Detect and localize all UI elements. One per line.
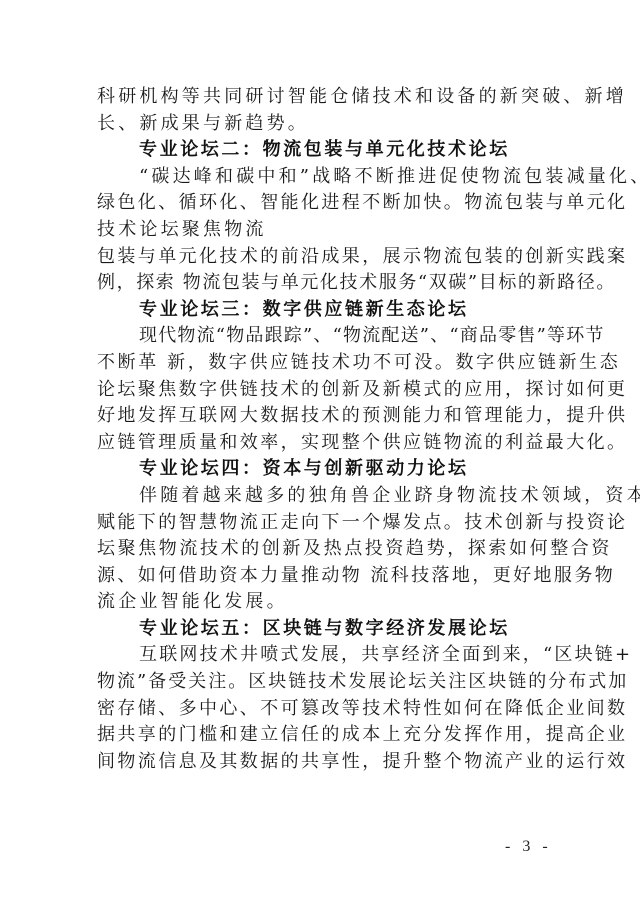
- text-line: 坛聚焦物流技术的创新及热点投资趋势，探索如何整合资: [97, 536, 547, 563]
- text-line: 伴随着越来越多的独角兽企业跻身物流技术领域，资本: [97, 483, 547, 510]
- text-line: 科研机构等共同研讨智能仓储技术和设备的新突破、新增: [97, 84, 547, 111]
- text-line: 绿色化、循环化、智能化进程不断加快。物流包装与单元化: [97, 190, 547, 217]
- text-line: “碳达峰和碳中和”战略不断推进促使物流包装减量化、: [97, 164, 547, 191]
- section-heading-forum-4: 专业论坛四：资本与创新驱动力论坛: [97, 456, 547, 483]
- text-line: 例，探索 物流包装与单元化技术服务“双碳”目标的新路径。: [97, 270, 547, 297]
- page-number: - 3 -: [505, 838, 552, 856]
- text-line: 互联网技术井喷式发展，共享经济全面到来，“区块链+: [97, 642, 547, 669]
- text-line: 应链管理质量和效率，实现整个供应链物流的利益最大化。: [97, 430, 547, 457]
- text-line: 据共享的门槛和建立信任的成本上充分发挥作用，提高企业: [97, 722, 547, 749]
- section-heading-forum-2: 专业论坛二：物流包装与单元化技术论坛: [97, 137, 547, 164]
- text-line: 物流”备受关注。区块链技术发展论坛关注区块链的分布式加: [97, 669, 547, 696]
- section-heading-forum-3: 专业论坛三：数字供应链新生态论坛: [97, 297, 547, 324]
- text-line: 赋能下的智慧物流正走向下一个爆发点。技术创新与投资论: [97, 510, 547, 537]
- text-line: 技术论坛聚焦物流: [97, 217, 547, 244]
- text-line: 包装与单元化技术的前沿成果，展示物流包装的创新实践案: [97, 244, 547, 271]
- text-line: 不断革 新，数字供应链技术功不可没。数字供应链新生态: [97, 350, 547, 377]
- section-heading-forum-5: 专业论坛五：区块链与数字经济发展论坛: [97, 616, 547, 643]
- text-line: 密存储、多中心、不可篡改等技术特性如何在降低企业间数: [97, 696, 547, 723]
- text-line: 论坛聚焦数字供链技术的创新及新模式的应用，探讨如何更: [97, 377, 547, 404]
- text-line: 源、如何借助资本力量推动物 流科技落地，更好地服务物: [97, 563, 547, 590]
- text-line: 长、新成果与新趋势。: [97, 111, 547, 138]
- text-line: 好地发挥互联网大数据技术的预测能力和管理能力，提升供: [97, 403, 547, 430]
- text-line: 流企业智能化发展。: [97, 589, 547, 616]
- document-page: 科研机构等共同研讨智能仓储技术和设备的新突破、新增 长、新成果与新趋势。 专业论…: [97, 84, 547, 775]
- text-line: 间物流信息及其数据的共享性，提升整个物流产业的运行效: [97, 749, 547, 776]
- text-line: 现代物流“物品跟踪”、“物流配送”、“商品零售”等环节: [97, 323, 547, 350]
